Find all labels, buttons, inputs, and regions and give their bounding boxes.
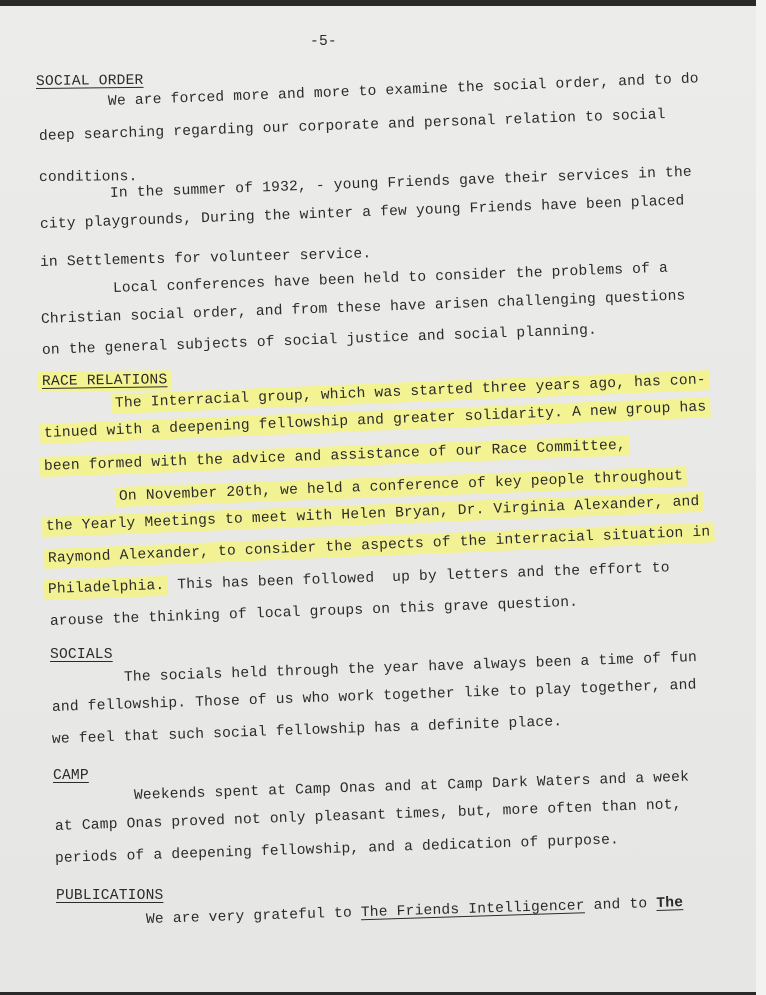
body-line: We are very grateful to The Friends Inte… (146, 895, 684, 928)
section-heading-social-order: SOCIAL ORDER (36, 73, 144, 90)
section-heading-race-relations: RACE RELATIONS (42, 372, 172, 390)
document-page: -5- SOCIAL ORDER We are forced more and … (0, 6, 756, 992)
body-line: deep searching regarding our corporate a… (39, 107, 666, 145)
body-line: We are forced more and more to examine t… (108, 71, 699, 110)
body-line: periods of a deepening fellowship, and a… (55, 832, 620, 867)
page-edge (756, 0, 766, 995)
body-line: Philadelphia. This has been followed up … (48, 560, 670, 598)
publication-title: The (656, 895, 683, 912)
section-heading-socials: SOCIALS (50, 647, 113, 663)
body-line: conditions. (39, 169, 138, 186)
publication-title: The Friends Intelligencer (361, 898, 585, 921)
body-line: on the general subjects of social justic… (42, 323, 598, 359)
body-line: arouse the thinking of local groups on t… (50, 595, 579, 630)
section-heading-publications: PUBLICATIONS (56, 888, 164, 904)
highlighted-line: been formed with the advice and assistan… (44, 438, 630, 475)
body-line: we feel that such social fellowship has … (52, 714, 563, 748)
page-number: -5- (310, 34, 337, 50)
section-heading-camp: CAMP (53, 768, 89, 784)
body-line: in Settlements for volunteer service. (40, 246, 372, 271)
